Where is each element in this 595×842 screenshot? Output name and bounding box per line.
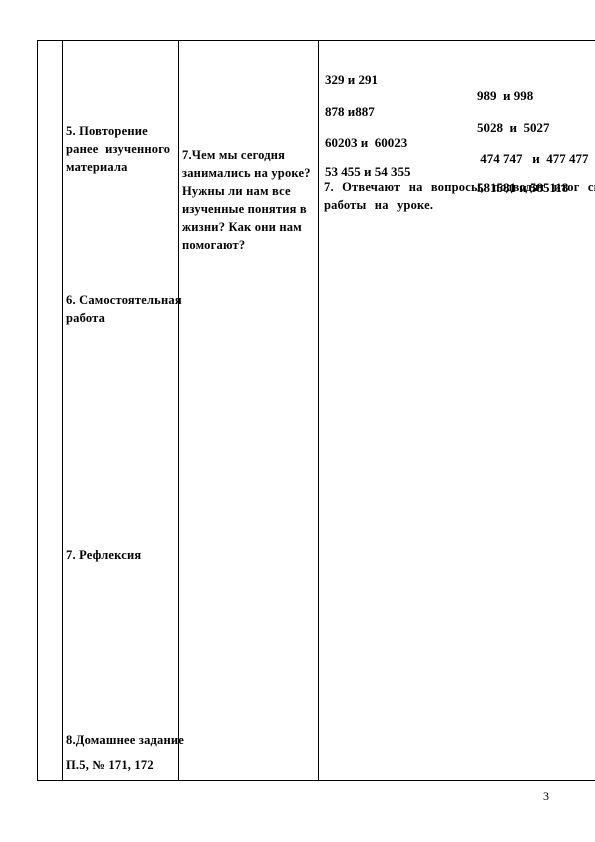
lesson-plan-table: 5. Повторение ранее изученного материала… — [37, 40, 595, 781]
stage-8-label: 8.Домашнее задание — [66, 731, 184, 749]
number-pair-row: 53 455 и 54 355 581581 и 585118 — [319, 148, 595, 164]
student-answer-7: 7. Отвечают на вопросы, подводят итог св… — [324, 178, 595, 214]
page-number: 3 — [543, 789, 549, 804]
column-teacher-activity: 7.Чем мы сегодня занимались на уроке? Ну… — [178, 41, 318, 780]
homework-reference: П.5, № 171, 172 — [66, 756, 154, 774]
number-pair-row: 60203 и 60023 474 747 и 477 477 — [319, 119, 595, 135]
stage-7-label: 7. Рефлексия — [66, 546, 141, 564]
number-pair-row: 329 и 291 989 и 998 — [319, 56, 595, 72]
stage-5-label: 5. Повторение ранее изученного материала — [66, 122, 170, 176]
document-page: 5. Повторение ранее изученного материала… — [0, 0, 595, 842]
column-row-number — [37, 41, 62, 780]
teacher-question-7: 7.Чем мы сегодня занимались на уроке? Ну… — [182, 146, 311, 254]
number-pair-row: 878 и887 5028 и 5027 — [319, 88, 595, 104]
column-lesson-stage: 5. Повторение ранее изученного материала… — [62, 41, 178, 780]
column-student-activity: 329 и 291 989 и 998 878 и887 5028 и 5027… — [318, 41, 595, 780]
stage-6-label: 6. Самостоятельная работа — [66, 291, 182, 327]
number-pair-left: 878 и887 — [325, 104, 375, 120]
number-pair-left: 329 и 291 — [325, 72, 378, 88]
